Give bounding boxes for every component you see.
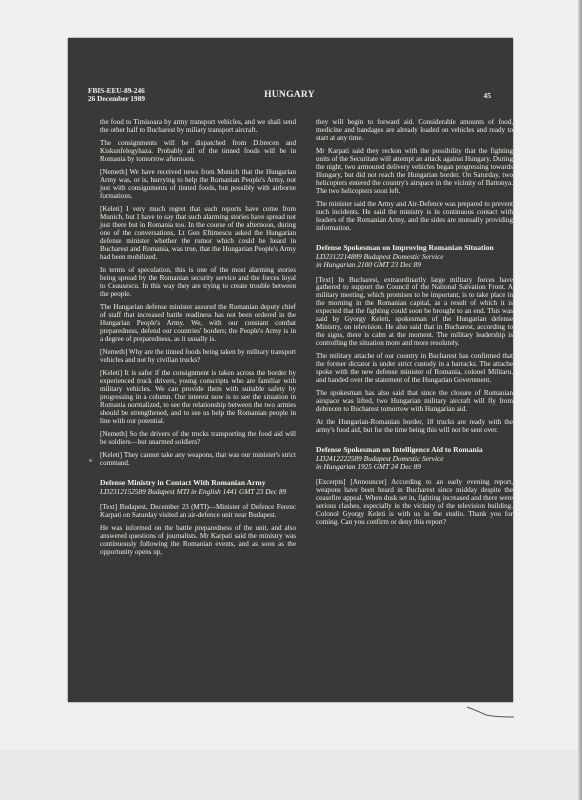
article-slug: LD2312152589 Budapest MTI in English 144… [100,488,296,496]
scan-speck [89,459,92,462]
right-column: they will begin to forward aid. Consider… [316,119,513,532]
article-slug: LD2412222589 Budapest Domestic Service i… [316,455,513,471]
slug-line: in Hungarian 2100 GMT 23 Dec 89 [316,261,513,269]
paragraph: At the Hungarian-Romanian border, 18 tru… [316,419,513,435]
section-title: HUNGARY [88,92,491,100]
paragraph: The spokesman has also said that since t… [316,390,513,414]
paragraph: [Keleti] I very much regret that such re… [100,206,296,261]
page-number: 45 [484,92,492,100]
paragraph: [Nemeth] Why are the tinned foods being … [100,349,296,365]
pen-mark [466,705,516,721]
slug-line: in Hungarian 1925 GMT 24 Dec 89 [316,463,513,471]
paragraph: they will begin to forward aid. Consider… [316,119,513,143]
paragraph: Mr Karpati said they reckon with the pos… [316,148,513,195]
paragraph: [Text] Budapest, December 23 (MTI)—Minis… [100,504,296,520]
page-edge [0,750,582,800]
left-column: the food to Timisoara by army transport … [100,119,296,562]
paragraph: [Keleti] They cannot take any weapons, t… [100,452,296,468]
paragraph: In terms of speculation, this is one of … [100,267,296,299]
article-slug: LD2312214889 Budapest Domestic Service i… [316,253,513,269]
page-header: FBIS-EEU-89-246 26 December 1989 HUNGARY… [88,87,491,109]
article-headline: Defense Spokesman on Intelligence Aid to… [316,445,513,454]
scan-shadow [578,0,582,800]
article-headline: Defense Spokesman on Improving Romanian … [316,243,513,252]
paragraph: [Nemeth] We have received news from Muni… [100,169,296,201]
paragraph: The consignments will be dispatched from… [100,140,296,164]
document-page: FBIS-EEU-89-246 26 December 1989 HUNGARY… [68,38,513,702]
paragraph: The minister said the Army and Air-Defen… [316,201,513,233]
paragraph: the food to Timisoara by army transport … [100,119,296,135]
article-headline: Defense Ministry in Contact With Romania… [100,478,296,487]
paragraph: He was informed on the battle preparedne… [100,525,296,557]
paragraph: The military attache of our country in B… [316,353,513,385]
paragraph: The Hungarian defense minister assured t… [100,304,296,344]
paragraph: [Excerpts] [Announcer] According to an e… [316,479,513,526]
paragraph: [Keleti] It is safer if the consignment … [100,370,296,425]
paragraph: [Nemeth] So the drivers of the trucks tr… [100,431,296,447]
paragraph: [Text] In Bucharest, extraordinarily lar… [316,277,513,348]
